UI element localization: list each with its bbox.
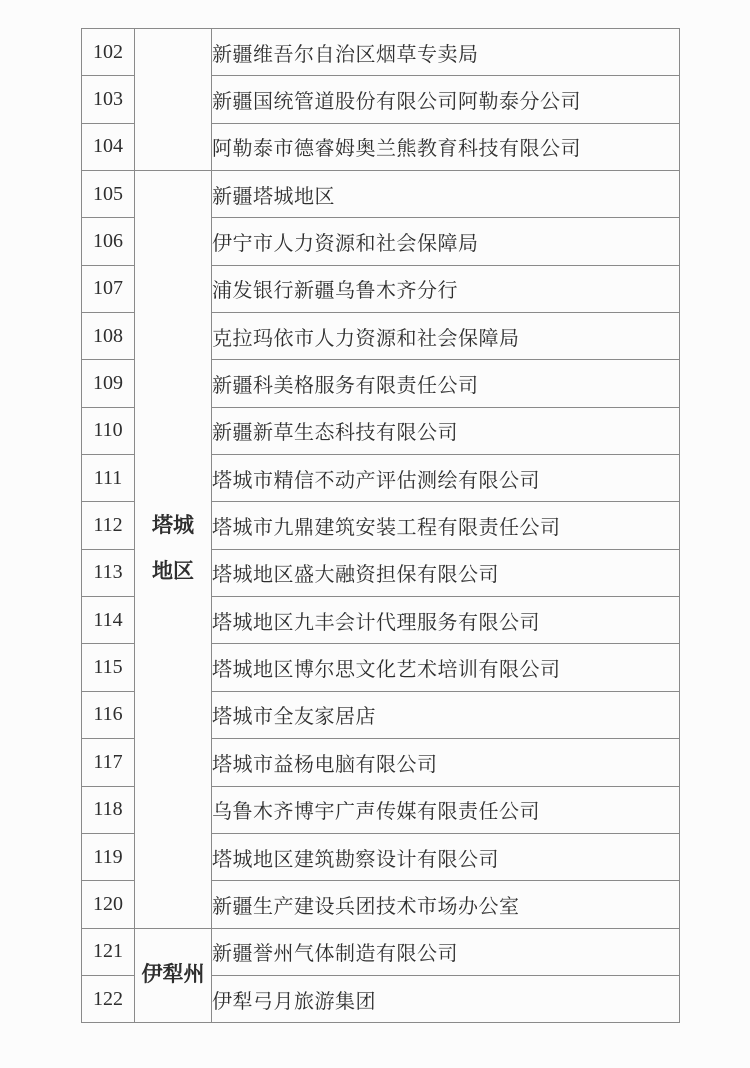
row-number-cell: 103 [82, 76, 135, 123]
company-name-cell: 塔城地区盛大融资担保有限公司 [212, 549, 680, 596]
row-number-cell: 119 [82, 833, 135, 880]
region-cell: 伊犁州 [135, 928, 212, 1023]
row-number-cell: 113 [82, 549, 135, 596]
company-table-body: 102新疆维吾尔自治区烟草专卖局103新疆国统管道股份有限公司阿勒泰分公司104… [82, 29, 680, 1023]
company-name-cell: 新疆新草生态科技有限公司 [212, 407, 680, 454]
company-name-cell: 克拉玛依市人力资源和社会保障局 [212, 313, 680, 360]
company-name-cell: 塔城地区九丰会计代理服务有限公司 [212, 597, 680, 644]
row-number-cell: 112 [82, 502, 135, 549]
company-name-cell: 塔城市九鼎建筑安装工程有限责任公司 [212, 502, 680, 549]
table-row: 102新疆维吾尔自治区烟草专卖局 [82, 29, 680, 76]
row-number-cell: 106 [82, 218, 135, 265]
row-number-cell: 114 [82, 597, 135, 644]
row-number-cell: 121 [82, 928, 135, 975]
row-number-cell: 110 [82, 407, 135, 454]
company-name-cell: 塔城市全友家居店 [212, 691, 680, 738]
row-number-cell: 118 [82, 786, 135, 833]
row-number-cell: 115 [82, 644, 135, 691]
document-page: 102新疆维吾尔自治区烟草专卖局103新疆国统管道股份有限公司阿勒泰分公司104… [0, 0, 750, 1068]
company-name-cell: 塔城市益杨电脑有限公司 [212, 739, 680, 786]
company-name-cell: 浦发银行新疆乌鲁木齐分行 [212, 265, 680, 312]
row-number-cell: 109 [82, 360, 135, 407]
row-number-cell: 102 [82, 29, 135, 76]
company-name-cell: 新疆塔城地区 [212, 171, 680, 218]
row-number-cell: 120 [82, 881, 135, 928]
company-name-cell: 塔城地区建筑勘察设计有限公司 [212, 833, 680, 880]
row-number-cell: 107 [82, 265, 135, 312]
company-name-cell: 新疆国统管道股份有限公司阿勒泰分公司 [212, 76, 680, 123]
row-number-cell: 104 [82, 123, 135, 170]
company-name-cell: 伊宁市人力资源和社会保障局 [212, 218, 680, 265]
table-row: 105塔城 地区新疆塔城地区 [82, 171, 680, 218]
row-number-cell: 111 [82, 455, 135, 502]
region-cell [135, 29, 212, 171]
company-table: 102新疆维吾尔自治区烟草专卖局103新疆国统管道股份有限公司阿勒泰分公司104… [81, 28, 680, 1023]
table-row: 121伊犁州新疆誉州气体制造有限公司 [82, 928, 680, 975]
company-name-cell: 塔城市精信不动产评估测绘有限公司 [212, 455, 680, 502]
company-name-cell: 伊犁弓月旅游集团 [212, 975, 680, 1022]
company-name-cell: 乌鲁木齐博宇广声传媒有限责任公司 [212, 786, 680, 833]
company-name-cell: 塔城地区博尔思文化艺术培训有限公司 [212, 644, 680, 691]
row-number-cell: 108 [82, 313, 135, 360]
row-number-cell: 105 [82, 171, 135, 218]
company-name-cell: 新疆科美格服务有限责任公司 [212, 360, 680, 407]
row-number-cell: 122 [82, 975, 135, 1022]
company-name-cell: 新疆生产建设兵团技术市场办公室 [212, 881, 680, 928]
region-cell: 塔城 地区 [135, 171, 212, 929]
company-name-cell: 新疆维吾尔自治区烟草专卖局 [212, 29, 680, 76]
company-name-cell: 新疆誉州气体制造有限公司 [212, 928, 680, 975]
company-name-cell: 阿勒泰市德睿姆奥兰熊教育科技有限公司 [212, 123, 680, 170]
row-number-cell: 116 [82, 691, 135, 738]
row-number-cell: 117 [82, 739, 135, 786]
